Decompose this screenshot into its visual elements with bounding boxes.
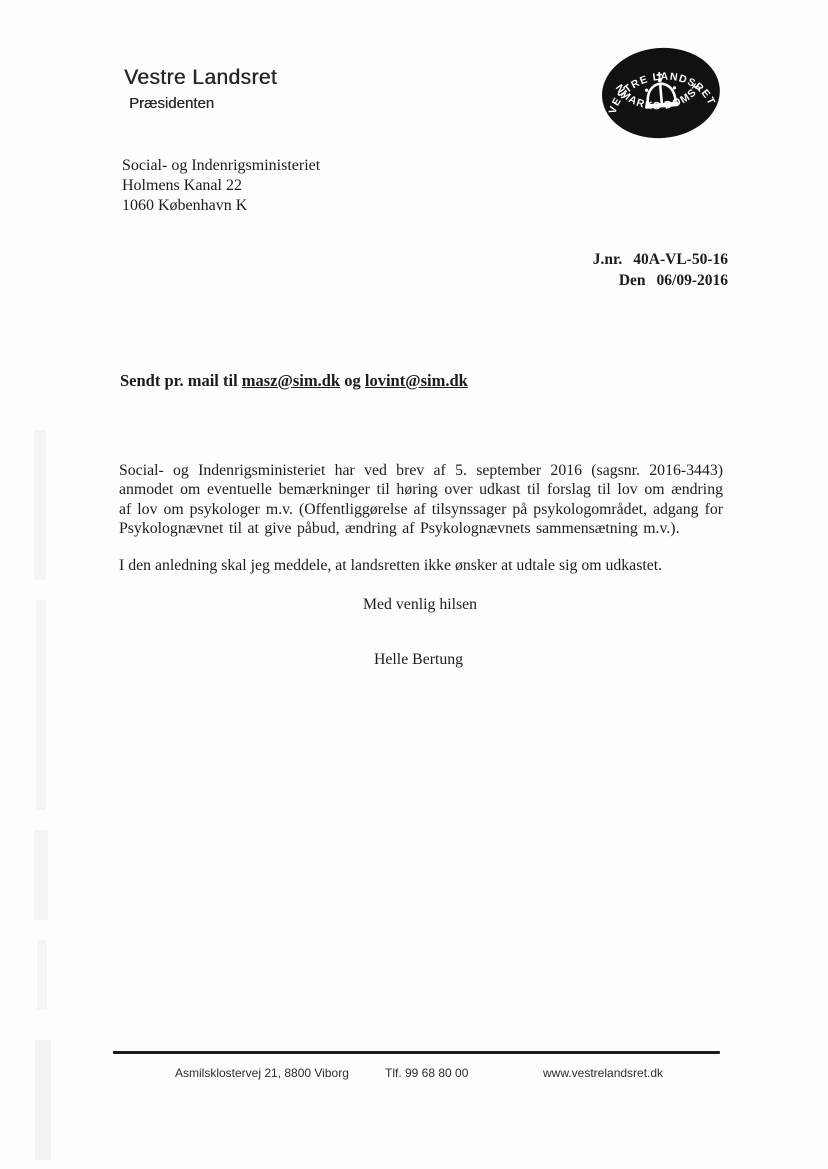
footer-phone: Tlf. 99 68 80 00 [385,1066,468,1080]
recipient-address: Social- og Indenrigsministeriet Holmens … [122,156,320,216]
delivery-prefix: Sendt pr. mail til [120,371,242,390]
scan-artifact [35,1040,51,1160]
footer-website: www.vestrelandsret.dk [543,1066,663,1080]
email-link-lovint[interactable]: lovint@sim.dk [365,371,468,390]
body-paragraph-2: I den anledning skal jeg meddele, at lan… [119,556,729,575]
date-value: 06/09-2016 [657,272,728,289]
scan-artifact [37,940,47,1010]
journal-number-label: J.nr. [593,251,623,268]
scan-artifact [36,600,46,810]
recipient-line: 1060 København K [122,196,320,216]
journal-number-value: 40A-VL-50-16 [633,251,728,268]
date-label: Den [619,272,646,289]
body-paragraph-1: Social- og Indenrigsministeriet har ved … [119,461,723,538]
delivery-conjunction: og [340,371,365,390]
org-department: Præsidenten [129,95,214,112]
date-row: Den06/09-2016 [500,271,728,292]
recipient-line: Holmens Kanal 22 [122,176,320,196]
scanned-letter-page: Vestre Landsret Præsidenten VESTRE LANDS… [0,0,828,1169]
email-link-masz[interactable]: masz@sim.dk [242,371,340,390]
scan-artifact [34,830,48,920]
reference-block: J.nr.40A-VL-50-16 Den06/09-2016 [500,250,728,291]
delivery-line: Sendt pr. mail til masz@sim.dk og lovint… [120,371,468,391]
org-title: Vestre Landsret [124,66,277,90]
court-seal-icon: VESTRE LANDSRET DANMARKS DOMSTOLE [595,40,727,148]
signature-name: Helle Bertung [374,651,463,669]
journal-number-row: J.nr.40A-VL-50-16 [500,250,728,271]
closing-phrase: Med venlig hilsen [363,596,477,614]
court-seal-logo: VESTRE LANDSRET DANMARKS DOMSTOLE [595,40,727,148]
footer-address: Asmilsklostervej 21, 8800 Viborg [175,1066,349,1080]
footer-divider [113,1051,720,1054]
recipient-line: Social- og Indenrigsministeriet [122,156,320,176]
scan-artifact [34,430,46,580]
